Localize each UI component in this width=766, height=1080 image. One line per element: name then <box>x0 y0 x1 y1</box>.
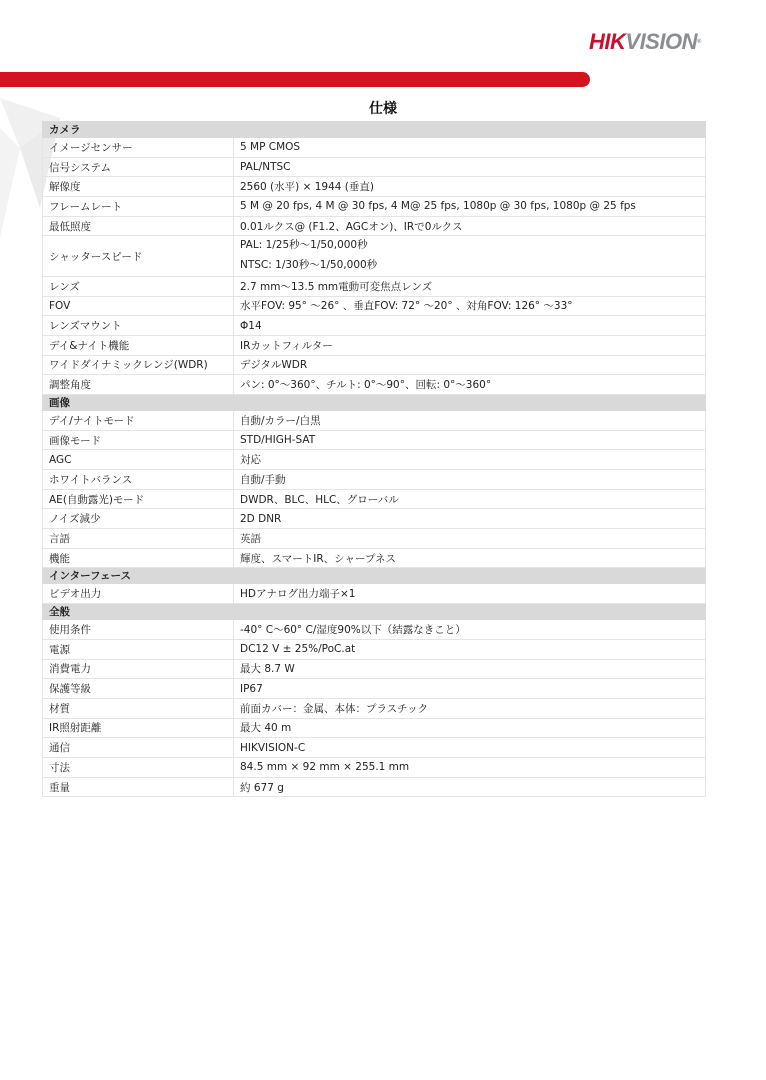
spec-value: 5 M @ 20 fps, 4 M @ 30 fps, 4 M@ 25 fps,… <box>234 197 706 217</box>
spec-row: 画像モードSTD/HIGH-SAT <box>43 430 706 450</box>
spec-key: シャッタースピード <box>43 236 234 276</box>
spec-row: 言語英語 <box>43 529 706 549</box>
spec-row: イメージセンサー5 MP CMOS <box>43 138 706 158</box>
spec-value: 2.7 mm～13.5 mm電動可変焦点レンズ <box>234 276 706 296</box>
spec-row: デイ/ナイトモード自動/カラー/白黒 <box>43 410 706 430</box>
page-title: 仕様 <box>0 98 766 118</box>
spec-row: 通信HIKVISION-C <box>43 738 706 758</box>
spec-key: 調整角度 <box>43 375 234 395</box>
spec-value: 前面カバー：金属、本体：プラスチック <box>234 698 706 718</box>
spec-value: HDアナログ出力端子×1 <box>234 584 706 604</box>
spec-value: IP67 <box>234 679 706 699</box>
section-header-row: カメラ <box>43 122 706 138</box>
spec-value: 水平FOV: 95° ～26° 、垂直FOV: 72° ～20° 、対角FOV:… <box>234 296 706 316</box>
spec-value: 自動/手動 <box>234 470 706 490</box>
spec-row: 電源DC12 V ± 25%/PoC.at <box>43 639 706 659</box>
spec-key: ワイドダイナミックレンジ(WDR) <box>43 355 234 375</box>
spec-row: シャッタースピードPAL: 1/25秒～1/50,000秒NTSC: 1/30秒… <box>43 236 706 276</box>
spec-row: レンズマウントΦ14 <box>43 316 706 336</box>
spec-row: 機能輝度、スマートIR、シャープネス <box>43 548 706 568</box>
spec-value: DC12 V ± 25%/PoC.at <box>234 639 706 659</box>
spec-key: ノイズ減少 <box>43 509 234 529</box>
section-header-row: 全般 <box>43 604 706 620</box>
spec-row: 解像度2560 (水平) × 1944 (垂直) <box>43 177 706 197</box>
spec-key: 消費電力 <box>43 659 234 679</box>
spec-value: PAL/NTSC <box>234 157 706 177</box>
spec-row: FOV水平FOV: 95° ～26° 、垂直FOV: 72° ～20° 、対角F… <box>43 296 706 316</box>
spec-key: 重量 <box>43 777 234 797</box>
section-header: インターフェース <box>43 568 706 584</box>
logo-hik: HIK <box>589 29 625 54</box>
spec-row: 調整角度パン: 0°～360°、チルト: 0°～90°、回転: 0°～360° <box>43 375 706 395</box>
spec-row: デイ&ナイト機能IRカットフィルター <box>43 335 706 355</box>
spec-row: ビデオ出力HDアナログ出力端子×1 <box>43 584 706 604</box>
spec-key: レンズ <box>43 276 234 296</box>
spec-row: AGC対応 <box>43 450 706 470</box>
spec-value: 最大 8.7 W <box>234 659 706 679</box>
spec-value: 輝度、スマートIR、シャープネス <box>234 548 706 568</box>
spec-key: 言語 <box>43 529 234 549</box>
spec-key: AGC <box>43 450 234 470</box>
section-header-row: 画像 <box>43 394 706 410</box>
spec-value: DWDR、BLC、HLC、グローバル <box>234 489 706 509</box>
spec-row: 保護等級IP67 <box>43 679 706 699</box>
hikvision-logo: HIKVISION® <box>589 30 701 54</box>
spec-row: 消費電力最大 8.7 W <box>43 659 706 679</box>
spec-row: ホワイトバランス自動/手動 <box>43 470 706 490</box>
spec-key: 解像度 <box>43 177 234 197</box>
header-red-bar <box>0 72 590 87</box>
spec-row: 最低照度0.01ルクス@ (F1.2、AGCオン)、IRで0ルクス <box>43 216 706 236</box>
spec-row: 寸法84.5 mm × 92 mm × 255.1 mm <box>43 757 706 777</box>
spec-key: 最低照度 <box>43 216 234 236</box>
spec-row: 使用条件-40° C～60° C/湿度90%以下（結露なきこと） <box>43 620 706 640</box>
spec-value-line: NTSC: 1/30秒～1/50,000秒 <box>240 256 699 276</box>
spec-key: 保護等級 <box>43 679 234 699</box>
spec-value: 約 677 g <box>234 777 706 797</box>
spec-value: Φ14 <box>234 316 706 336</box>
spec-row: ワイドダイナミックレンジ(WDR)デジタルWDR <box>43 355 706 375</box>
spec-value: 5 MP CMOS <box>234 138 706 158</box>
spec-value: STD/HIGH-SAT <box>234 430 706 450</box>
spec-value: デジタルWDR <box>234 355 706 375</box>
spec-key: IR照射距離 <box>43 718 234 738</box>
logo-vision: VISION <box>625 29 697 54</box>
section-header-row: インターフェース <box>43 568 706 584</box>
spec-row: 重量約 677 g <box>43 777 706 797</box>
spec-key: イメージセンサー <box>43 138 234 158</box>
spec-row: IR照射距離最大 40 m <box>43 718 706 738</box>
spec-value: 自動/カラー/白黒 <box>234 410 706 430</box>
spec-row: 信号システムPAL/NTSC <box>43 157 706 177</box>
spec-key: 通信 <box>43 738 234 758</box>
spec-key: AE(自動露光)モード <box>43 489 234 509</box>
spec-key: 寸法 <box>43 757 234 777</box>
spec-key: 機能 <box>43 548 234 568</box>
spec-key: レンズマウント <box>43 316 234 336</box>
spec-key: 信号システム <box>43 157 234 177</box>
logo-registered-mark: ® <box>697 39 701 45</box>
spec-row: AE(自動露光)モードDWDR、BLC、HLC、グローバル <box>43 489 706 509</box>
spec-value-line: PAL: 1/25秒～1/50,000秒 <box>240 236 699 256</box>
spec-key: 電源 <box>43 639 234 659</box>
spec-row: ノイズ減少2D DNR <box>43 509 706 529</box>
spec-value: PAL: 1/25秒～1/50,000秒NTSC: 1/30秒～1/50,000… <box>234 236 706 276</box>
spec-value: 最大 40 m <box>234 718 706 738</box>
section-header: カメラ <box>43 122 706 138</box>
spec-key: 使用条件 <box>43 620 234 640</box>
spec-key: デイ&ナイト機能 <box>43 335 234 355</box>
spec-row: レンズ2.7 mm～13.5 mm電動可変焦点レンズ <box>43 276 706 296</box>
spec-table: カメライメージセンサー5 MP CMOS信号システムPAL/NTSC解像度256… <box>42 121 706 797</box>
spec-value: 0.01ルクス@ (F1.2、AGCオン)、IRで0ルクス <box>234 216 706 236</box>
spec-value: 対応 <box>234 450 706 470</box>
spec-key: ビデオ出力 <box>43 584 234 604</box>
spec-key: FOV <box>43 296 234 316</box>
spec-row: フレームレート5 M @ 20 fps, 4 M @ 30 fps, 4 M@ … <box>43 197 706 217</box>
spec-key: 画像モード <box>43 430 234 450</box>
section-header: 全般 <box>43 604 706 620</box>
spec-value: HIKVISION-C <box>234 738 706 758</box>
spec-key: フレームレート <box>43 197 234 217</box>
spec-key: ホワイトバランス <box>43 470 234 490</box>
spec-key: デイ/ナイトモード <box>43 410 234 430</box>
spec-value: 英語 <box>234 529 706 549</box>
spec-value: 2560 (水平) × 1944 (垂直) <box>234 177 706 197</box>
section-header: 画像 <box>43 394 706 410</box>
spec-value: IRカットフィルター <box>234 335 706 355</box>
spec-value: -40° C～60° C/湿度90%以下（結露なきこと） <box>234 620 706 640</box>
spec-key: 材質 <box>43 698 234 718</box>
spec-value: パン: 0°～360°、チルト: 0°～90°、回転: 0°～360° <box>234 375 706 395</box>
spec-value: 84.5 mm × 92 mm × 255.1 mm <box>234 757 706 777</box>
spec-value: 2D DNR <box>234 509 706 529</box>
spec-row: 材質前面カバー：金属、本体：プラスチック <box>43 698 706 718</box>
